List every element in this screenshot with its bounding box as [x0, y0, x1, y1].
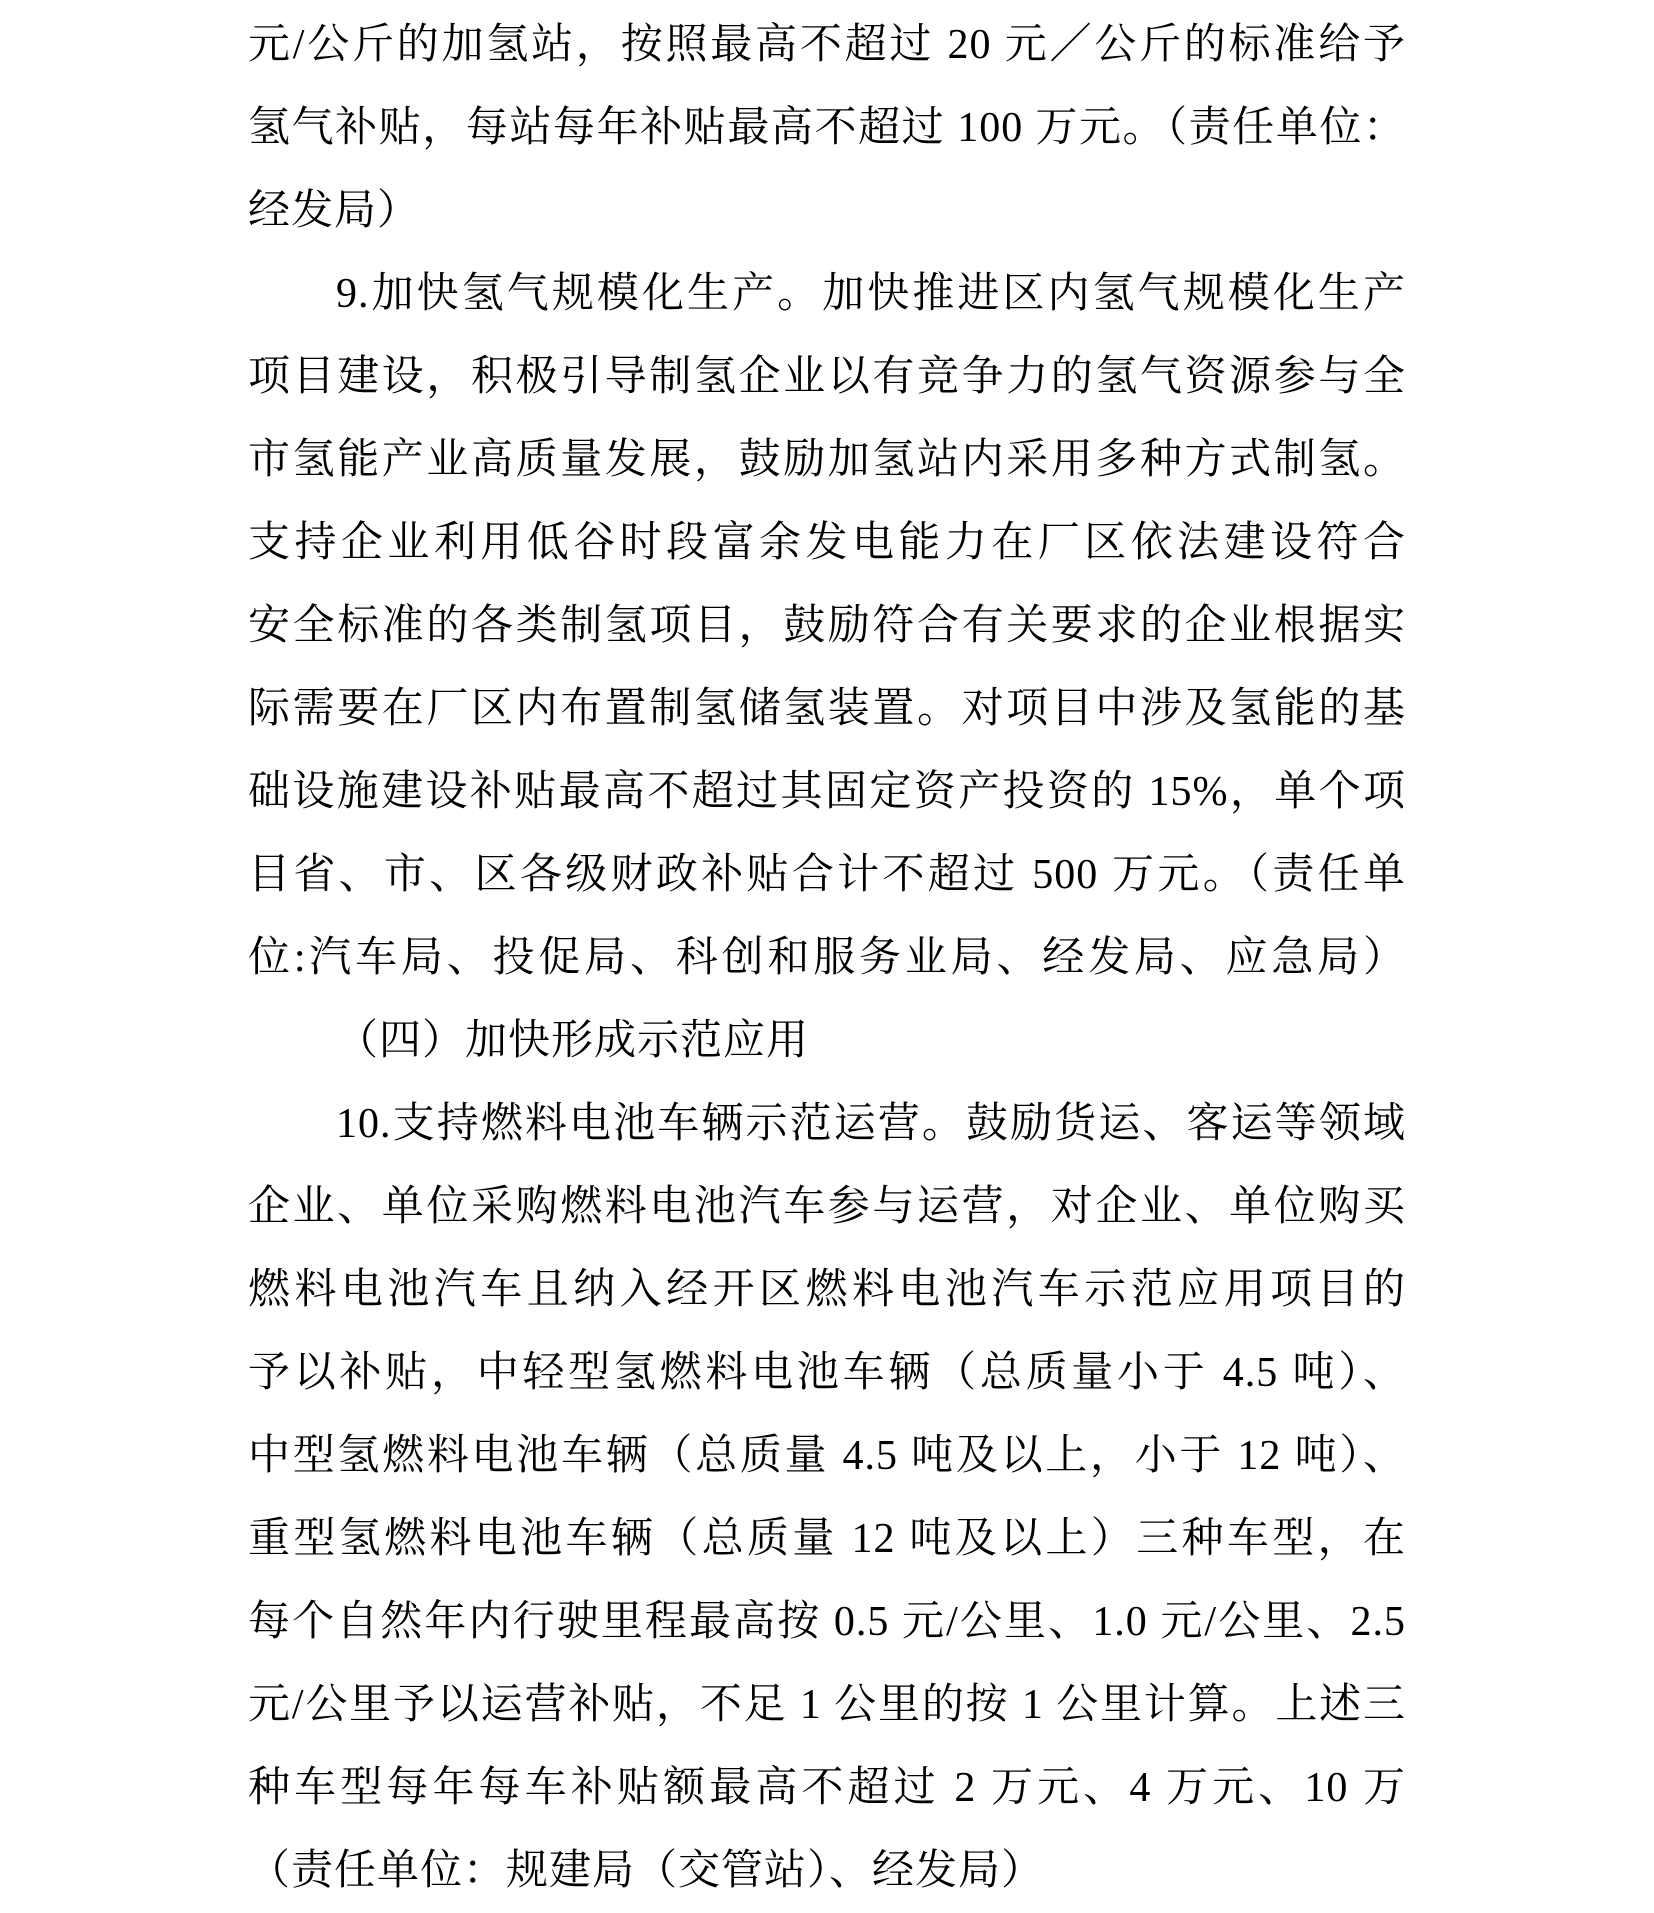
text-line: 9.加快氢气规模化生产。加快推进区内氢气规模化生产 [248, 253, 1406, 336]
text-line: 每个自然年内行驶里程最高按 0.5 元/公里、1.0 元/公里、2.5 [248, 1581, 1406, 1664]
text-line: 企业、单位采购燃料电池汽车参与运营，对企业、单位购买 [248, 1166, 1406, 1249]
text-line: 予以补贴，中轻型氢燃料电池车辆（总质量小于 4.5 吨）、 [248, 1332, 1406, 1415]
text-line: 中型氢燃料电池车辆（总质量 4.5 吨及以上，小于 12 吨）、 [248, 1415, 1406, 1498]
text-line: 元/公里予以运营补贴，不足 1 公里的按 1 公里计算。上述三 [248, 1664, 1406, 1747]
text-line: 目省、市、区各级财政补贴合计不超过 500 万元。（责任单 [248, 834, 1406, 917]
paragraph-item-10: 10.支持燃料电池车辆示范运营。鼓励货运、客运等领域 企业、单位采购燃料电池汽车… [248, 1083, 1406, 1913]
paragraph-item-9: 9.加快氢气规模化生产。加快推进区内氢气规模化生产 项目建设，积极引导制氢企业以… [248, 253, 1406, 1000]
paragraph-section-4-heading: （四）加快形成示范应用 [248, 1000, 1406, 1083]
text-line: 位:汽车局、投促局、科创和服务业局、经发局、应急局） [248, 917, 1406, 1000]
text-line: 种车型每年每车补贴额最高不超过 2 万元、4 万元、10 万元。 [248, 1747, 1406, 1830]
text-line: 燃料电池汽车且纳入经开区燃料电池汽车示范应用项目的 [248, 1249, 1406, 1332]
text-line: 氢气补贴，每站每年补贴最高不超过 100 万元。（责任单位： [248, 87, 1406, 170]
text-line: 际需要在厂区内布置制氢储氢装置。对项目中涉及氢能的基 [248, 668, 1406, 751]
text-line: 元/公斤的加氢站，按照最高不超过 20 元／公斤的标准给予 [248, 4, 1406, 87]
text-line: 础设施建设补贴最高不超过其固定资产投资的 15%，单个项 [248, 751, 1406, 834]
section-heading: （四）加快形成示范应用 [248, 1000, 1406, 1083]
text-line: 重型氢燃料电池车辆（总质量 12 吨及以上）三种车型，在 [248, 1498, 1406, 1581]
text-line: 市氢能产业高质量发展，鼓励加氢站内采用多种方式制氢。 [248, 419, 1406, 502]
text-line: 项目建设，积极引导制氢企业以有竞争力的氢气资源参与全 [248, 336, 1406, 419]
document-page: 元/公斤的加氢站，按照最高不超过 20 元／公斤的标准给予 氢气补贴，每站每年补… [0, 0, 1654, 1913]
text-line: （责任单位：规建局（交管站）、经发局） [248, 1830, 1406, 1913]
text-line: 经发局） [248, 170, 1406, 253]
text-line: 支持企业利用低谷时段富余发电能力在厂区依法建设符合 [248, 502, 1406, 585]
text-line: 安全标准的各类制氢项目，鼓励符合有关要求的企业根据实 [248, 585, 1406, 668]
text-line: 10.支持燃料电池车辆示范运营。鼓励货运、客运等领域 [248, 1083, 1406, 1166]
paragraph-item-8-continuation: 元/公斤的加氢站，按照最高不超过 20 元／公斤的标准给予 氢气补贴，每站每年补… [248, 4, 1406, 253]
